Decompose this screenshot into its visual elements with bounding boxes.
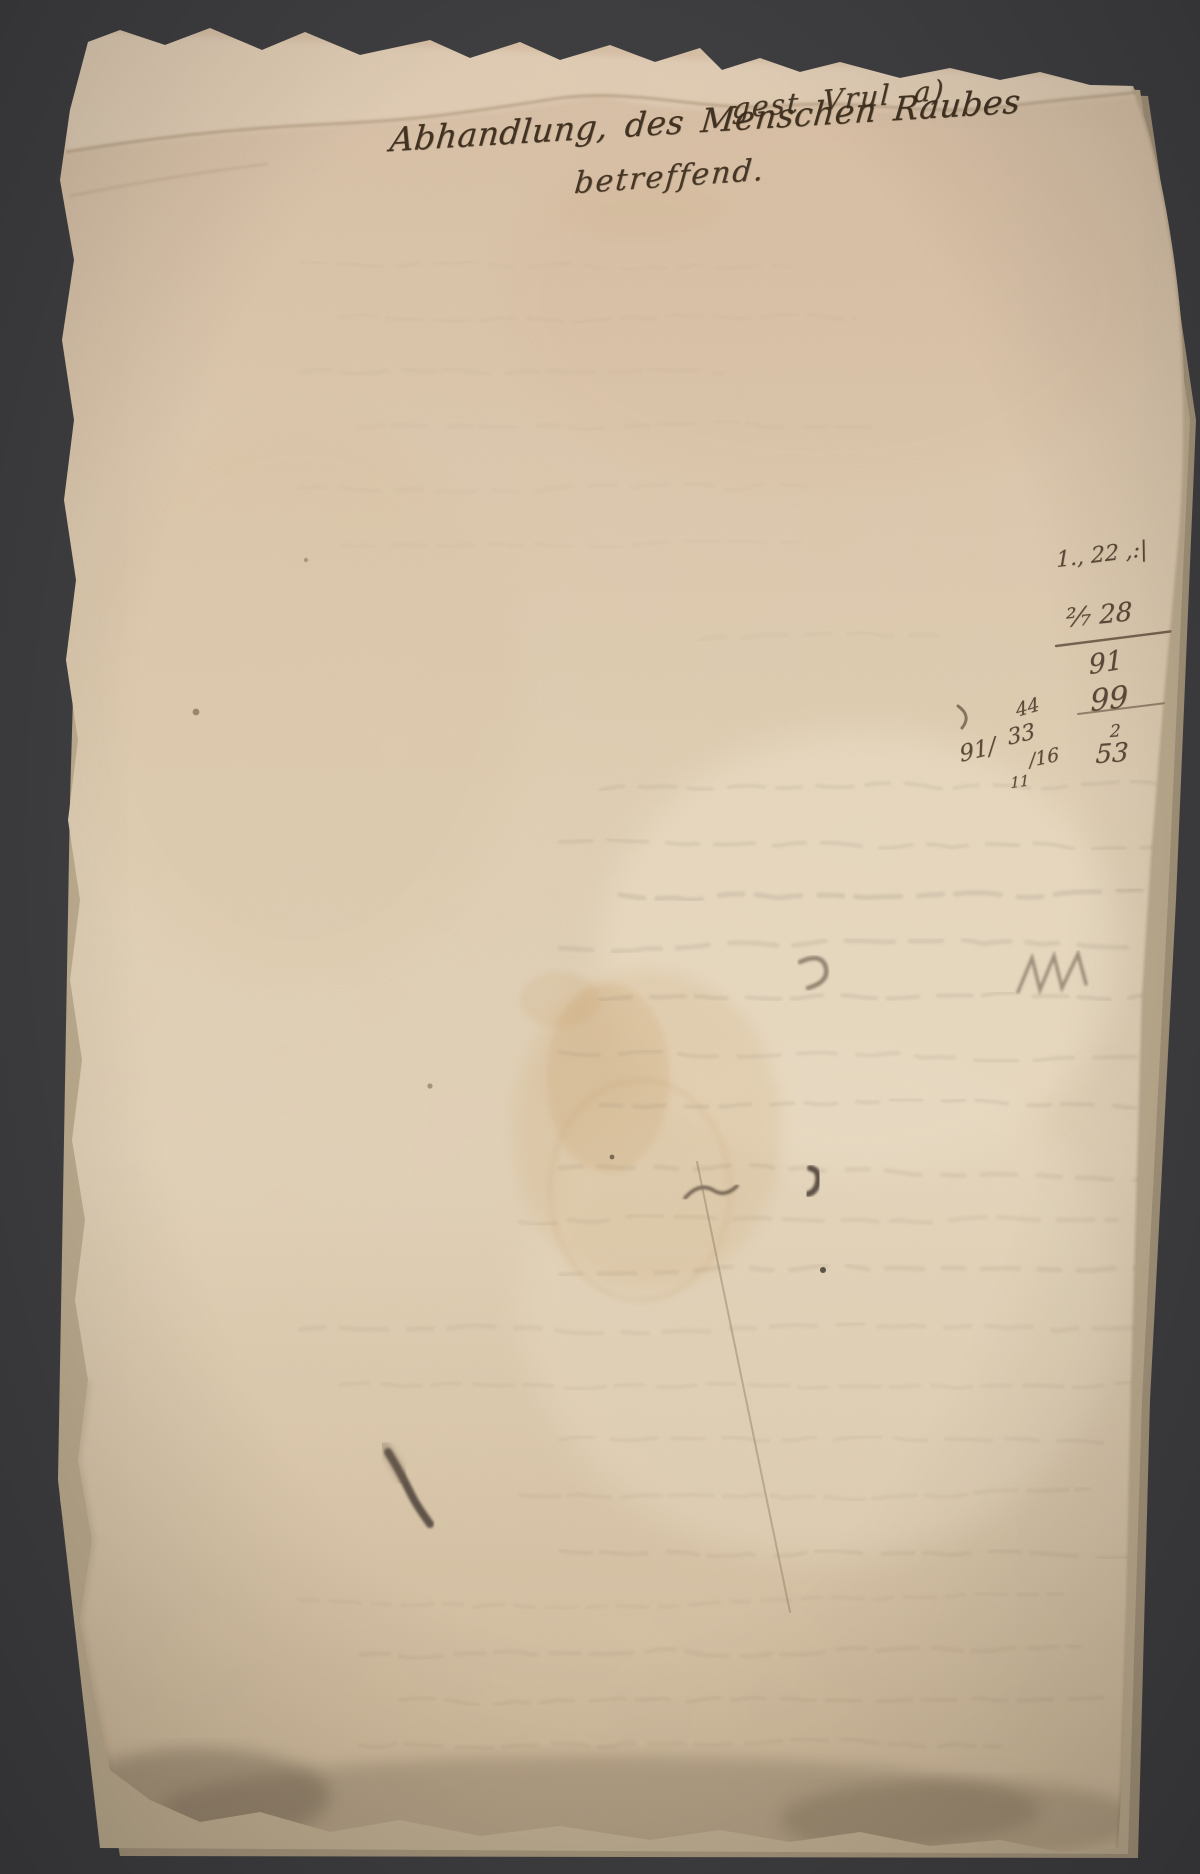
manuscript-scan: gest Vrul a) Abhandlung, des Menschen Ra…	[0, 0, 1200, 1874]
paper-artwork	[0, 0, 1200, 1874]
margin-number: 53	[1095, 738, 1129, 770]
margin-number: 91	[1088, 645, 1124, 682]
margin-number: 99	[1090, 679, 1129, 719]
margin-number: 11	[1010, 771, 1030, 792]
